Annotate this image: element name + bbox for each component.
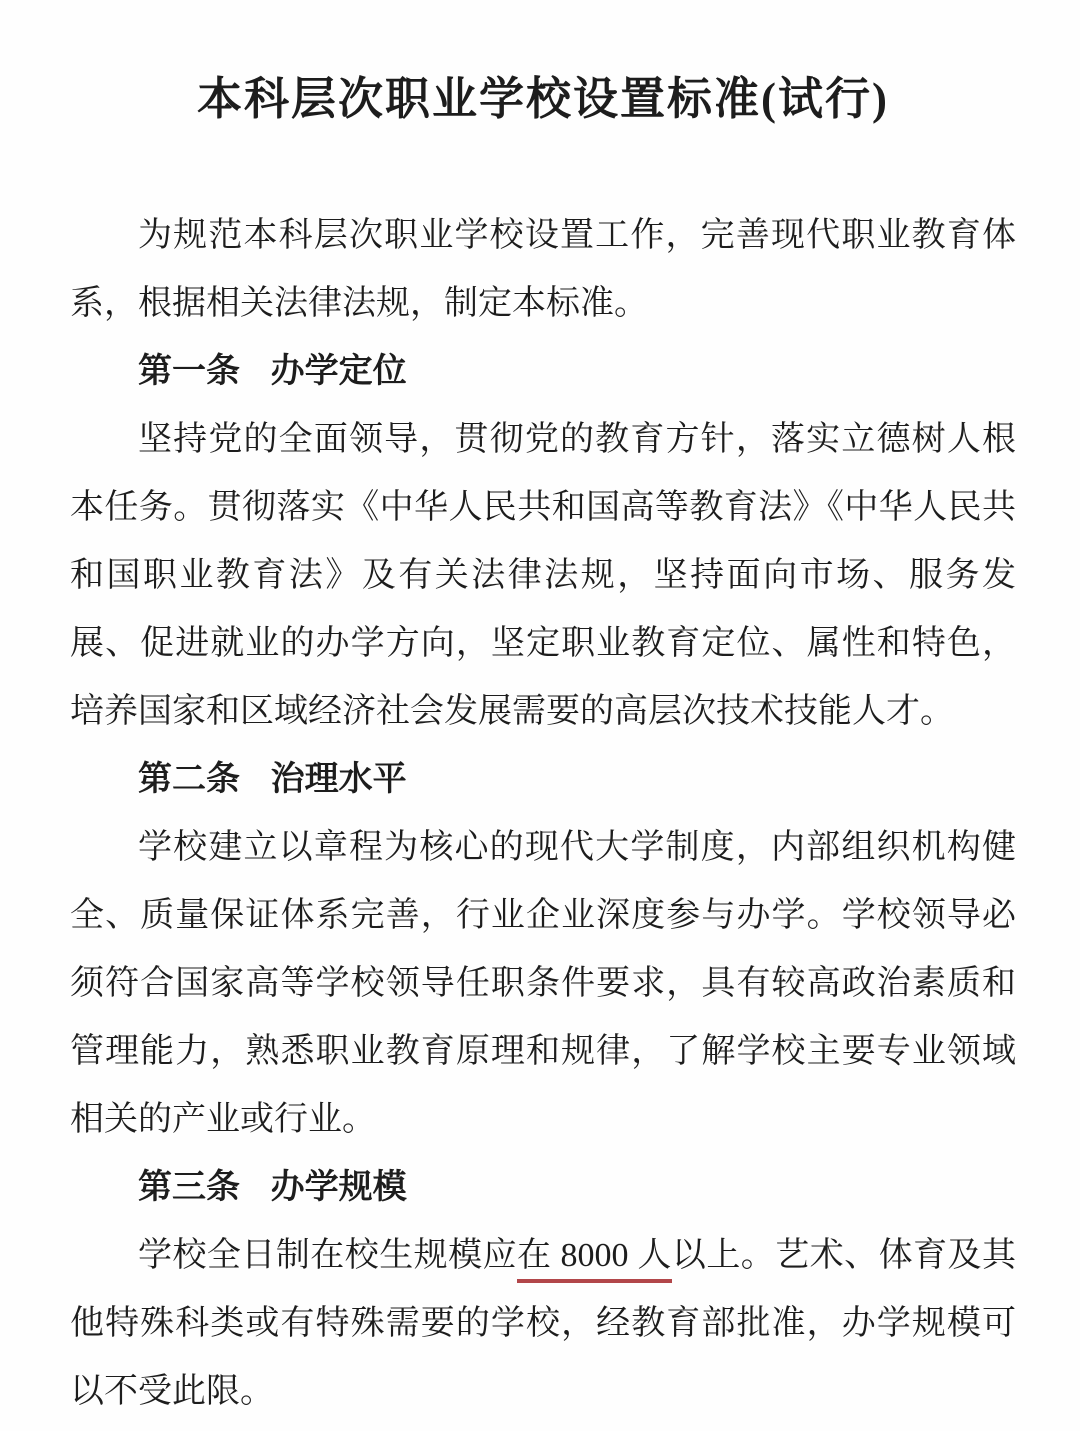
article-3-title: 办学规模: [271, 1169, 407, 1206]
article-1-body: 坚持党的全面领导，贯彻党的教育方针，落实立德树人根本任务。贯彻落实《中华人民共和…: [70, 406, 1016, 746]
red-underline-annotation: 在 8000 人: [517, 1237, 672, 1283]
document-title: 本科层次职业学校设置标准(试行): [70, 72, 1016, 126]
article-3-heading: 第三条办学规模: [70, 1154, 1016, 1222]
article-1-title: 办学定位: [271, 353, 407, 390]
article-3-number: 第三条: [138, 1169, 240, 1206]
article-1-number: 第一条: [138, 353, 240, 390]
article-2-number: 第二条: [138, 761, 240, 798]
document-page: 本科层次职业学校设置标准(试行) 为规范本科层次职业学校设置工作，完善现代职业教…: [0, 0, 1080, 1431]
article-3-body: 学校全日制在校生规模应在 8000 人以上。艺术、体育及其他特殊科类或有特殊需要…: [70, 1222, 1016, 1426]
article-3-body-pre: 学校全日制在校生规模应: [138, 1237, 517, 1274]
intro-paragraph: 为规范本科层次职业学校设置工作，完善现代职业教育体系，根据相关法律法规，制定本标…: [70, 202, 1016, 338]
article-2-body: 学校建立以章程为核心的现代大学制度，内部组织机构健全、质量保证体系完善，行业企业…: [70, 814, 1016, 1154]
article-2-heading: 第二条治理水平: [70, 746, 1016, 814]
article-1-heading: 第一条办学定位: [70, 338, 1016, 406]
document-body: 为规范本科层次职业学校设置工作，完善现代职业教育体系，根据相关法律法规，制定本标…: [70, 202, 1016, 1426]
article-2-title: 治理水平: [271, 761, 407, 798]
